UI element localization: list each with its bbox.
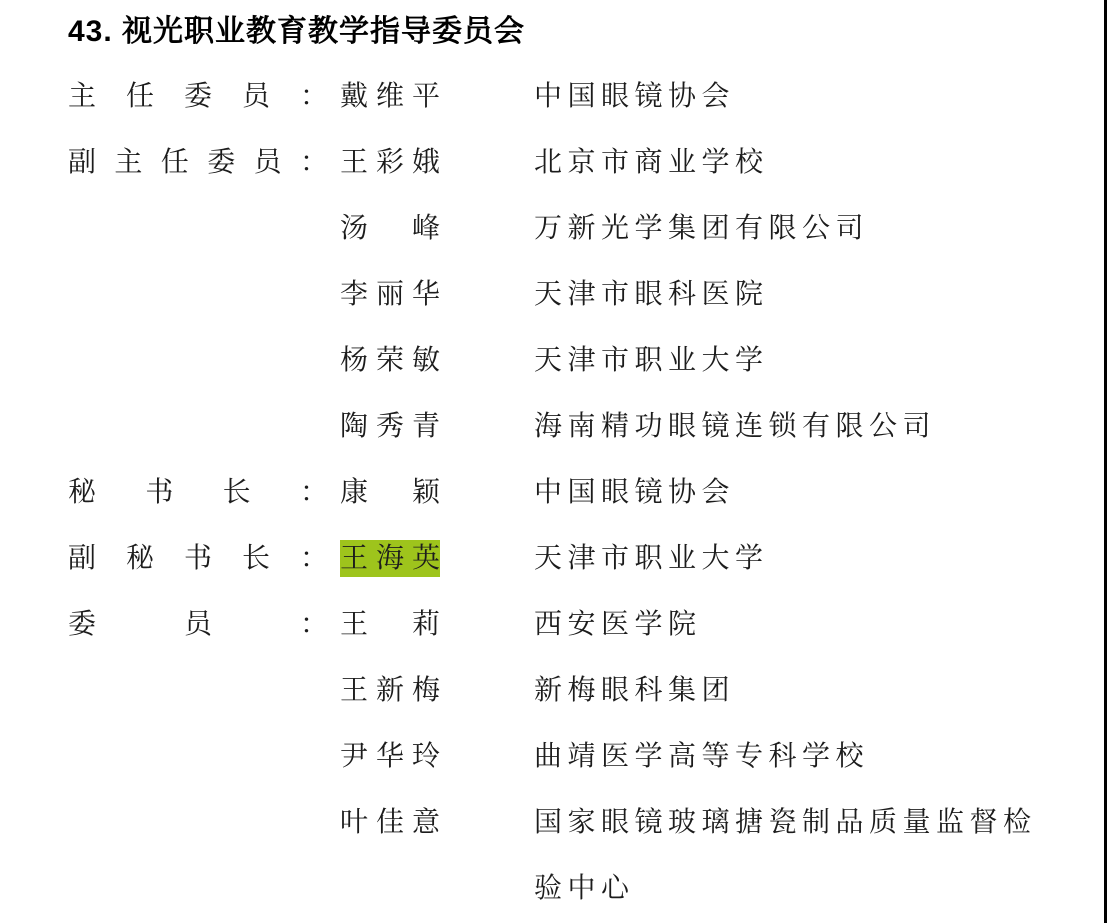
committee-list: 主任委员： 戴维平 中国眼镜协会 副主任委员： 王彩娥 北京市商业学校 汤峰 万… <box>68 64 1108 922</box>
committee-row: 汤峰 万新光学集团有限公司 <box>68 196 1108 262</box>
role-cell: 副秘书长： <box>68 526 328 592</box>
name-cell: 叶佳意 <box>340 790 440 856</box>
committee-row: 副主任委员： 王彩娥 北京市商业学校 <box>68 130 1108 196</box>
name-cell: 王海英 <box>340 526 440 592</box>
member-name: 尹华玲 <box>340 738 440 775</box>
committee-row: 委员： 王莉 西安医学院 <box>68 592 1108 658</box>
committee-row: 尹华玲 曲靖医学高等专科学校 <box>68 724 1108 790</box>
committee-row: 叶佳意 国家眼镜玻璃搪瓷制品质量监督检验中心 <box>68 790 1108 922</box>
org-cell: 西安医学院 <box>534 592 1046 658</box>
member-name: 王新梅 <box>340 672 440 709</box>
committee-row: 王新梅 新梅眼科集团 <box>68 658 1108 724</box>
org-cell: 天津市职业大学 <box>534 526 1046 592</box>
committee-row: 杨荣敏 天津市职业大学 <box>68 328 1108 394</box>
member-name: 王海英 <box>340 540 440 577</box>
org-cell: 万新光学集团有限公司 <box>534 196 1046 262</box>
committee-row: 副秘书长： 王海英 天津市职业大学 <box>68 526 1108 592</box>
committee-row: 陶秀青 海南精功眼镜连锁有限公司 <box>68 394 1108 460</box>
committee-row: 秘书长： 康颖 中国眼镜协会 <box>68 460 1108 526</box>
org-cell: 新梅眼科集团 <box>534 658 1046 724</box>
name-cell: 杨荣敏 <box>340 328 440 394</box>
document-page: 43. 视光职业教育教学指导委员会 主任委员： 戴维平 中国眼镜协会 副主任委员… <box>0 0 1108 922</box>
name-cell: 戴维平 <box>340 64 440 130</box>
member-name: 李丽华 <box>340 276 440 313</box>
member-name: 叶佳意 <box>340 804 440 841</box>
member-name: 陶秀青 <box>340 408 440 445</box>
member-name: 戴维平 <box>340 78 440 115</box>
role-cell: 委员： <box>68 592 328 658</box>
name-cell: 汤峰 <box>340 196 440 262</box>
org-cell: 北京市商业学校 <box>534 130 1046 196</box>
section-title: 43. 视光职业教育教学指导委员会 <box>68 14 1108 50</box>
role-cell: 副主任委员： <box>68 130 328 196</box>
member-name: 杨荣敏 <box>340 342 440 379</box>
name-cell: 尹华玲 <box>340 724 440 790</box>
committee-row: 李丽华 天津市眼科医院 <box>68 262 1108 328</box>
name-cell: 王莉 <box>340 592 440 658</box>
org-cell: 国家眼镜玻璃搪瓷制品质量监督检验中心 <box>534 790 1046 922</box>
org-cell: 中国眼镜协会 <box>534 460 1046 526</box>
role-cell: 主任委员： <box>68 64 328 130</box>
committee-row: 主任委员： 戴维平 中国眼镜协会 <box>68 64 1108 130</box>
org-cell: 曲靖医学高等专科学校 <box>534 724 1046 790</box>
name-cell: 王新梅 <box>340 658 440 724</box>
member-name: 王彩娥 <box>340 144 440 181</box>
member-name: 汤峰 <box>340 210 440 247</box>
page-edge-line <box>1104 0 1107 923</box>
org-cell: 中国眼镜协会 <box>534 64 1046 130</box>
name-cell: 康颖 <box>340 460 440 526</box>
member-name: 康颖 <box>340 474 440 511</box>
name-cell: 王彩娥 <box>340 130 440 196</box>
name-cell: 李丽华 <box>340 262 440 328</box>
org-cell: 天津市眼科医院 <box>534 262 1046 328</box>
org-cell: 天津市职业大学 <box>534 328 1046 394</box>
role-cell: 秘书长： <box>68 460 328 526</box>
org-cell: 海南精功眼镜连锁有限公司 <box>534 394 1046 460</box>
name-cell: 陶秀青 <box>340 394 440 460</box>
member-name: 王莉 <box>340 606 440 643</box>
